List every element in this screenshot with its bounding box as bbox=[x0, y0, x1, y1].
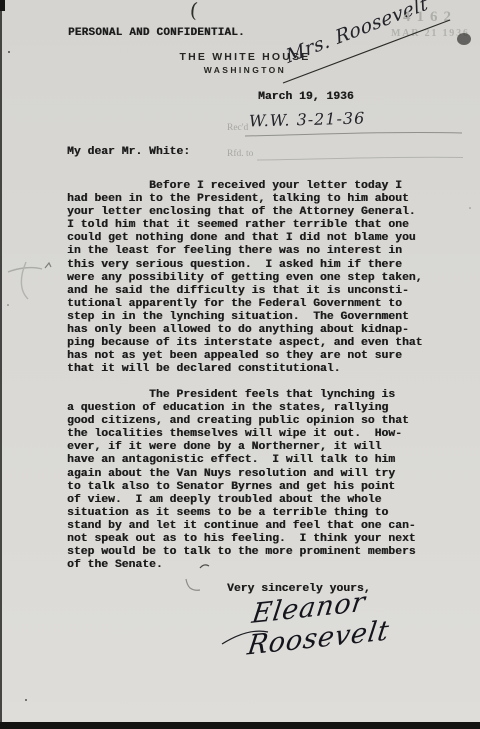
typed-line: your letter enclosing that of the Attorn… bbox=[67, 206, 422, 219]
pencil-check-mark bbox=[45, 263, 51, 268]
typed-line: have an antagonistic effect. I will talk… bbox=[67, 454, 416, 467]
typed-line: Before I received your letter today I bbox=[67, 180, 422, 193]
typed-line: has not as yet been appealed so they are… bbox=[67, 350, 422, 363]
typed-line: were any possibility of getting even one… bbox=[67, 272, 422, 285]
typed-line: step would be to talk to the more promin… bbox=[67, 546, 416, 559]
typed-line: ever, if it were done by a Northerner, i… bbox=[67, 441, 416, 454]
typed-line: again about the Van Nuys resolution and … bbox=[67, 468, 416, 481]
referred-to-label: Rfd. to bbox=[227, 149, 253, 159]
typed-line: has only been allowed to do anything abo… bbox=[67, 324, 422, 337]
typed-line: could get nothing done and that I did no… bbox=[67, 232, 422, 245]
letter-date: March 19, 1936 bbox=[258, 91, 354, 103]
received-stamp-number: 4162 bbox=[403, 9, 457, 26]
typed-line: ping because of its interstate aspect, a… bbox=[67, 337, 422, 350]
received-label: Rec'd bbox=[227, 123, 248, 133]
typed-line: had been in to the President, talking to… bbox=[67, 193, 422, 206]
body-paragraph-1: Before I received your letter today Ihad… bbox=[67, 180, 422, 376]
scan-edge-bottom bbox=[0, 722, 480, 729]
typed-line: in the least for feeling there was no in… bbox=[67, 245, 422, 258]
typed-line: not speak out as to his feeling. I think… bbox=[67, 533, 416, 546]
typed-line: this very serious question. I asked him … bbox=[67, 259, 422, 272]
stray-pen-mark: ( bbox=[189, 0, 199, 22]
paper-speck bbox=[7, 304, 9, 306]
typed-line: that it will be declared constitutional. bbox=[67, 363, 422, 376]
typed-line: The President feels that lynching is bbox=[67, 389, 416, 402]
typed-line: situation as it seems to be a terrible t… bbox=[67, 507, 416, 520]
paper-speck bbox=[25, 699, 27, 701]
typed-line: step in in the lynching situation. The G… bbox=[67, 311, 422, 324]
letterhead-line2: WASHINGTON bbox=[170, 65, 320, 75]
typed-line: of view. I am deeply troubled about the … bbox=[67, 494, 416, 507]
paper-speck bbox=[469, 207, 471, 209]
typed-line: to talk also to Senator Byrnes and get h… bbox=[67, 481, 416, 494]
typed-line: stand by and let it continue and feel th… bbox=[67, 520, 416, 533]
typed-line: good citizens, and creating public opini… bbox=[67, 415, 416, 428]
classification-label: PERSONAL AND CONFIDENTIAL. bbox=[68, 27, 245, 39]
paper-speck bbox=[8, 51, 10, 53]
scanned-letter-page: ( PERSONAL AND CONFIDENTIAL. THE WHITE H… bbox=[0, 0, 480, 729]
pencil-mark-curve bbox=[21, 262, 28, 299]
small-corner-mark bbox=[186, 579, 200, 590]
typed-line: the localities themselves will wipe it o… bbox=[67, 428, 416, 441]
body-paragraph-2: The President feels that lynching isa qu… bbox=[67, 389, 416, 572]
received-stamp-date: MAR 21 1936 bbox=[391, 28, 470, 39]
received-underline bbox=[245, 132, 462, 136]
scan-corner-mark bbox=[0, 0, 5, 11]
typed-line: tutional apparently for the Federal Gove… bbox=[67, 298, 422, 311]
scan-edge-left bbox=[0, 0, 2, 729]
typed-line: and he said the difficulty is that it is… bbox=[67, 285, 422, 298]
typed-line: a question of education in the states, r… bbox=[67, 402, 416, 415]
received-handwritten-initials-date: W.W. 3-21-36 bbox=[249, 108, 366, 130]
referred-ruled-line bbox=[257, 157, 463, 160]
typed-line: of the Senate. bbox=[67, 559, 416, 572]
salutation: My dear Mr. White: bbox=[67, 146, 190, 158]
pencil-mark-horizontal bbox=[8, 268, 42, 272]
typed-line: I told him that it seemed rather terribl… bbox=[67, 219, 422, 232]
